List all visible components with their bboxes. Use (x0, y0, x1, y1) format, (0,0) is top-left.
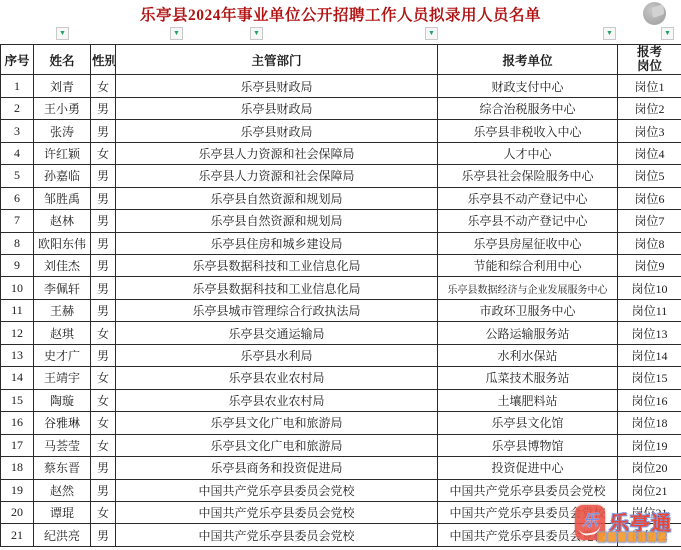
cell-name: 赵琪 (34, 322, 91, 344)
cell-no: 15 (1, 389, 34, 411)
table-row: 2王小勇男乐亭县财政局综合治税服务中心岗位2 (1, 97, 681, 119)
cell-gender: 男 (91, 165, 116, 187)
cell-post: 岗位19 (618, 434, 681, 456)
cell-no: 9 (1, 255, 34, 277)
cell-gender: 女 (91, 501, 116, 523)
col-header-post: 报考岗位 (618, 45, 681, 75)
cell-dept: 乐亭县水利局 (116, 344, 438, 366)
cell-name: 李佩轩 (34, 277, 91, 299)
col-header-no: 序号 (1, 45, 34, 75)
cell-post: 岗位11 (618, 299, 681, 321)
header-row: 序号 姓名 性别 主管部门 报考单位 报考岗位 (1, 45, 681, 75)
cell-unit: 节能和综合利用中心 (438, 255, 618, 277)
table-row: 14王靖宇女乐亭县农业农村局瓜菜技术服务站岗位15 (1, 367, 681, 389)
col-header-unit: 报考单位 (438, 45, 618, 75)
cell-unit: 人才中心 (438, 142, 618, 164)
cell-no: 20 (1, 501, 34, 523)
cell-dept: 乐亭县城市管理综合行政执法局 (116, 299, 438, 321)
col-header-gender: 性别 (91, 45, 116, 75)
cell-no: 2 (1, 97, 34, 119)
cell-dept: 乐亭县文化广电和旅游局 (116, 412, 438, 434)
cell-name: 谭琨 (34, 501, 91, 523)
cell-post: 岗位1 (618, 75, 681, 97)
table-row: 13史才广男乐亭县水利局水利水保站岗位14 (1, 344, 681, 366)
cell-unit: 乐亭县数据经济与企业发展服务中心 (438, 277, 618, 299)
cell-dept: 乐亭县数据科技和工业信息化局 (116, 277, 438, 299)
cell-no: 5 (1, 165, 34, 187)
cell-name: 谷雅琳 (34, 412, 91, 434)
cell-gender: 男 (91, 210, 116, 232)
cell-unit: 乐亭县博物馆 (438, 434, 618, 456)
cell-unit: 中国共产党乐亭县委员会党校 (438, 479, 618, 501)
cell-post: 岗位21 (618, 479, 681, 501)
cell-dept: 中国共产党乐亭县委员会党校 (116, 501, 438, 523)
cell-gender: 男 (91, 97, 116, 119)
cell-name: 王靖宇 (34, 367, 91, 389)
cell-name: 纪洪亮 (34, 524, 91, 547)
cell-gender: 男 (91, 299, 116, 321)
filter-dropdown-icon[interactable]: ▼ (170, 27, 183, 40)
recruitment-table: 序号 姓名 性别 主管部门 报考单位 报考岗位 1刘青女乐亭县财政局财政支付中心… (0, 44, 681, 547)
cell-no: 18 (1, 457, 34, 479)
cell-no: 7 (1, 210, 34, 232)
table-row: 1刘青女乐亭县财政局财政支付中心岗位1 (1, 75, 681, 97)
cell-unit: 中国共产党乐亭县委员会党校 (438, 524, 618, 547)
cell-dept: 中国共产党乐亭县委员会党校 (116, 524, 438, 547)
filter-dropdown-icon[interactable]: ▼ (425, 27, 438, 40)
cell-no: 3 (1, 120, 34, 142)
cell-post: 岗位7 (618, 210, 681, 232)
cell-post: 岗位20 (618, 457, 681, 479)
table-row: 16谷雅琳女乐亭县文化广电和旅游局乐亭县文化馆岗位18 (1, 412, 681, 434)
cell-gender: 女 (91, 389, 116, 411)
cell-gender: 男 (91, 255, 116, 277)
cell-name: 刘青 (34, 75, 91, 97)
cell-gender: 女 (91, 142, 116, 164)
col-header-name: 姓名 (34, 45, 91, 75)
cell-unit: 乐亭县不动产登记中心 (438, 210, 618, 232)
cell-name: 许红颖 (34, 142, 91, 164)
filter-dropdown-icon[interactable]: ▼ (603, 27, 616, 40)
cell-post: 岗位16 (618, 389, 681, 411)
table-row: 19赵然男中国共产党乐亭县委员会党校中国共产党乐亭县委员会党校岗位21 (1, 479, 681, 501)
table-row: 20谭琨女中国共产党乐亭县委员会党校中国共产党乐亭县委员会党校岗位21 (1, 501, 681, 523)
table-row: 9刘佳杰男乐亭县数据科技和工业信息化局节能和综合利用中心岗位9 (1, 255, 681, 277)
cell-no: 6 (1, 187, 34, 209)
cell-post: 岗位22 (618, 524, 681, 547)
table-row: 5孙嘉临男乐亭县人力资源和社会保障局乐亭县社会保险服务中心岗位5 (1, 165, 681, 187)
floating-button-icon[interactable] (643, 2, 666, 25)
cell-gender: 男 (91, 187, 116, 209)
cell-gender: 男 (91, 120, 116, 142)
spreadsheet-page: 乐亭县2024年事业单位公开招聘工作人员拟录用人员名单 ▼ ▼ ▼ ▼ ▼ ▼ … (0, 0, 681, 550)
cell-unit: 乐亭县不动产登记中心 (438, 187, 618, 209)
table-row: 11王赫男乐亭县城市管理综合行政执法局市政环卫服务中心岗位11 (1, 299, 681, 321)
cell-gender: 女 (91, 412, 116, 434)
cell-name: 孙嘉临 (34, 165, 91, 187)
cell-dept: 乐亭县交通运输局 (116, 322, 438, 344)
cell-gender: 男 (91, 479, 116, 501)
cell-unit: 土壤肥料站 (438, 389, 618, 411)
cell-unit: 乐亭县房屋征收中心 (438, 232, 618, 254)
cell-unit: 财政支付中心 (438, 75, 618, 97)
col-header-post-label: 报考岗位 (635, 45, 664, 74)
cell-no: 17 (1, 434, 34, 456)
cell-no: 13 (1, 344, 34, 366)
cell-post: 岗位5 (618, 165, 681, 187)
cell-name: 欧阳东伟 (34, 232, 91, 254)
cell-unit: 中国共产党乐亭县委员会党校 (438, 501, 618, 523)
cell-dept: 乐亭县商务和投资促进局 (116, 457, 438, 479)
cell-dept: 乐亭县自然资源和规划局 (116, 210, 438, 232)
cell-gender: 男 (91, 277, 116, 299)
cell-unit: 水利水保站 (438, 344, 618, 366)
cell-name: 史才广 (34, 344, 91, 366)
table-row: 3张涛男乐亭县财政局乐亭县非税收入中心岗位3 (1, 120, 681, 142)
cell-unit: 乐亭县非税收入中心 (438, 120, 618, 142)
cell-dept: 乐亭县人力资源和社会保障局 (116, 165, 438, 187)
cell-dept: 乐亭县人力资源和社会保障局 (116, 142, 438, 164)
cell-gender: 女 (91, 322, 116, 344)
table-row: 21纪洪亮男中国共产党乐亭县委员会党校中国共产党乐亭县委员会党校岗位22 (1, 524, 681, 547)
cell-post: 岗位9 (618, 255, 681, 277)
table-row: 18蔡东晋男乐亭县商务和投资促进局投资促进中心岗位20 (1, 457, 681, 479)
cell-no: 12 (1, 322, 34, 344)
cell-post: 岗位3 (618, 120, 681, 142)
cell-unit: 乐亭县文化馆 (438, 412, 618, 434)
table-row: 17马荟莹女乐亭县文化广电和旅游局乐亭县博物馆岗位19 (1, 434, 681, 456)
cell-dept: 乐亭县住房和城乡建设局 (116, 232, 438, 254)
cell-post: 岗位15 (618, 367, 681, 389)
cell-dept: 乐亭县文化广电和旅游局 (116, 434, 438, 456)
cell-post: 岗位21 (618, 501, 681, 523)
cell-gender: 男 (91, 457, 116, 479)
table-row: 7赵林男乐亭县自然资源和规划局乐亭县不动产登记中心岗位7 (1, 210, 681, 232)
cell-no: 19 (1, 479, 34, 501)
cell-dept: 乐亭县财政局 (116, 120, 438, 142)
cell-no: 4 (1, 142, 34, 164)
cell-gender: 男 (91, 232, 116, 254)
cell-post: 岗位14 (618, 344, 681, 366)
table-row: 10李佩轩男乐亭县数据科技和工业信息化局乐亭县数据经济与企业发展服务中心岗位10 (1, 277, 681, 299)
cell-name: 陶璇 (34, 389, 91, 411)
cell-no: 11 (1, 299, 34, 321)
cell-unit: 市政环卫服务中心 (438, 299, 618, 321)
cell-gender: 男 (91, 344, 116, 366)
cell-name: 赵林 (34, 210, 91, 232)
cell-dept: 乐亭县农业农村局 (116, 389, 438, 411)
cell-no: 10 (1, 277, 34, 299)
table-row: 8欧阳东伟男乐亭县住房和城乡建设局乐亭县房屋征收中心岗位8 (1, 232, 681, 254)
cell-unit: 投资促进中心 (438, 457, 618, 479)
cell-gender: 女 (91, 367, 116, 389)
cell-no: 16 (1, 412, 34, 434)
cell-name: 赵然 (34, 479, 91, 501)
cell-gender: 女 (91, 75, 116, 97)
cell-post: 岗位10 (618, 277, 681, 299)
filter-dropdown-icon[interactable]: ▼ (56, 27, 69, 40)
cell-name: 王赫 (34, 299, 91, 321)
cell-unit: 综合治税服务中心 (438, 97, 618, 119)
cell-dept: 乐亭县自然资源和规划局 (116, 187, 438, 209)
cell-post: 岗位13 (618, 322, 681, 344)
cell-dept: 乐亭县财政局 (116, 97, 438, 119)
table-row: 4许红颖女乐亭县人力资源和社会保障局人才中心岗位4 (1, 142, 681, 164)
cell-name: 王小勇 (34, 97, 91, 119)
filter-dropdown-icon[interactable]: ▼ (661, 27, 674, 40)
cell-gender: 男 (91, 524, 116, 547)
cell-no: 21 (1, 524, 34, 547)
cell-name: 蔡东晋 (34, 457, 91, 479)
cell-unit: 公路运输服务站 (438, 322, 618, 344)
cell-dept: 乐亭县数据科技和工业信息化局 (116, 255, 438, 277)
cell-no: 14 (1, 367, 34, 389)
table-body: 1刘青女乐亭县财政局财政支付中心岗位12王小勇男乐亭县财政局综合治税服务中心岗位… (1, 75, 681, 547)
cell-name: 张涛 (34, 120, 91, 142)
cell-post: 岗位18 (618, 412, 681, 434)
cell-dept: 中国共产党乐亭县委员会党校 (116, 479, 438, 501)
table-row: 15陶璇女乐亭县农业农村局土壤肥料站岗位16 (1, 389, 681, 411)
cell-no: 8 (1, 232, 34, 254)
cell-name: 刘佳杰 (34, 255, 91, 277)
cell-post: 岗位2 (618, 97, 681, 119)
col-header-dept: 主管部门 (116, 45, 438, 75)
table-container: 序号 姓名 性别 主管部门 报考单位 报考岗位 1刘青女乐亭县财政局财政支付中心… (0, 44, 681, 547)
cell-post: 岗位4 (618, 142, 681, 164)
cell-name: 邹胜禹 (34, 187, 91, 209)
cell-unit: 乐亭县社会保险服务中心 (438, 165, 618, 187)
table-row: 12赵琪女乐亭县交通运输局公路运输服务站岗位13 (1, 322, 681, 344)
cell-no: 1 (1, 75, 34, 97)
filter-dropdown-icon[interactable]: ▼ (250, 27, 263, 40)
page-title: 乐亭县2024年事业单位公开招聘工作人员拟录用人员名单 (0, 3, 681, 25)
cell-gender: 女 (91, 434, 116, 456)
cell-unit: 瓜菜技术服务站 (438, 367, 618, 389)
cell-dept: 乐亭县农业农村局 (116, 367, 438, 389)
table-row: 6邹胜禹男乐亭县自然资源和规划局乐亭县不动产登记中心岗位6 (1, 187, 681, 209)
cell-post: 岗位8 (618, 232, 681, 254)
cell-name: 马荟莹 (34, 434, 91, 456)
cell-dept: 乐亭县财政局 (116, 75, 438, 97)
cell-post: 岗位6 (618, 187, 681, 209)
